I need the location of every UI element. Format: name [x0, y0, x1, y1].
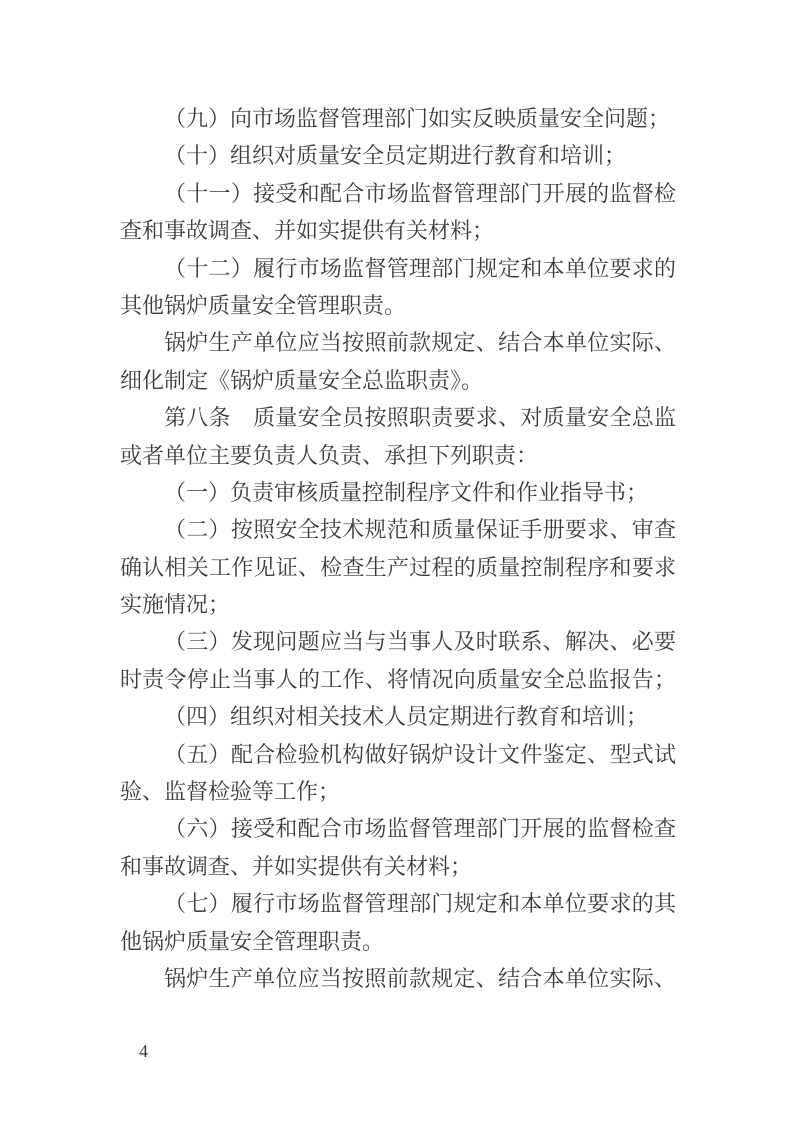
text-line: （一）负责审核质量控制程序文件和作业指导书； [120, 474, 676, 511]
text-line: 查和事故调查、并如实提供有关材料； [120, 212, 676, 249]
text-line: 其他锅炉质量安全管理职责。 [120, 287, 676, 324]
text-line: （四）组织对相关技术人员定期进行教育和培训； [120, 698, 676, 735]
text-line: （十）组织对质量安全员定期进行教育和培训； [120, 137, 676, 174]
text-line: （三）发现问题应当与当事人及时联系、解决、必要 [120, 623, 676, 660]
text-line: 第八条 质量安全员按照职责要求、对质量安全总监 [120, 399, 676, 436]
text-line: （七）履行市场监督管理部门规定和本单位要求的其 [120, 885, 676, 922]
text-line: （六）接受和配合市场监督管理部门开展的监督检查 [120, 810, 676, 847]
text-line: （九）向市场监督管理部门如实反映质量安全问题； [120, 100, 676, 137]
page-number-label: 4 [139, 1040, 148, 1062]
text-line: 锅炉生产单位应当按照前款规定、结合本单位实际、 [120, 960, 676, 997]
text-line: 和事故调查、并如实提供有关材料； [120, 848, 676, 885]
text-line: （十一）接受和配合市场监督管理部门开展的监督检 [120, 175, 676, 212]
text-line: 或者单位主要负责人负责、承担下列职责： [120, 437, 676, 474]
document-body: （九）向市场监督管理部门如实反映质量安全问题；（十）组织对质量安全员定期进行教育… [120, 100, 676, 997]
text-line: （二）按照安全技术规范和质量保证手册要求、审查 [120, 511, 676, 548]
text-line: （五）配合检验机构做好锅炉设计文件鉴定、型式试 [120, 736, 676, 773]
text-line: （十二）履行市场监督管理部门规定和本单位要求的 [120, 250, 676, 287]
text-line: 锅炉生产单位应当按照前款规定、结合本单位实际、 [120, 324, 676, 361]
text-line: 验、监督检验等工作； [120, 773, 676, 810]
text-line: 细化制定《锅炉质量安全总监职责》。 [120, 362, 676, 399]
text-line: 实施情况； [120, 586, 676, 623]
document-page: （九）向市场监督管理部门如实反映质量安全问题；（十）组织对质量安全员定期进行教育… [0, 0, 793, 1122]
text-line: 确认相关工作见证、检查生产过程的质量控制程序和要求 [120, 549, 676, 586]
text-line: 时责令停止当事人的工作、将情况向质量安全总监报告； [120, 661, 676, 698]
text-line: 他锅炉质量安全管理职责。 [120, 923, 676, 960]
